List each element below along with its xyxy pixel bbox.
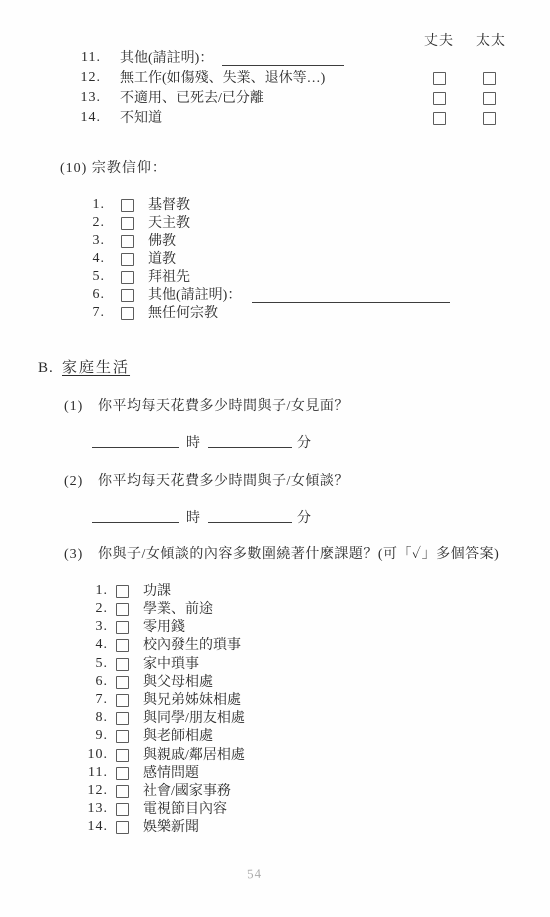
checkbox[interactable]: [116, 785, 129, 798]
item-number: 11.: [60, 765, 108, 781]
item-label: 天主教: [148, 215, 190, 233]
minutes-blank[interactable]: [208, 507, 292, 523]
checkbox[interactable]: [121, 199, 134, 212]
item-number: 8.: [60, 710, 108, 726]
topic-option-row: 6. 與父母相處: [0, 674, 550, 692]
item-label: 功課: [143, 583, 171, 601]
item-label: 校內發生的瑣事: [143, 637, 241, 655]
checkbox-wife[interactable]: [483, 92, 496, 105]
question-2-number: (2): [64, 473, 83, 491]
question-1-number: (1): [64, 398, 83, 416]
hours-blank[interactable]: [92, 432, 179, 448]
item-label: 社會/國家事務: [143, 783, 231, 801]
item-label: 佛教: [148, 233, 176, 251]
item-label: 與老師相處: [143, 728, 213, 746]
item-label: 感情問題: [143, 765, 199, 783]
work-status-row: 12. 無工作(如傷殘、失業、退休等…): [0, 69, 550, 89]
questionnaire-page: 丈夫 太太 11. 其他(請註明)： 12. 無工作(如傷殘、失業、退休等…) …: [0, 0, 550, 917]
topic-option-row: 14. 娛樂新聞: [0, 819, 550, 837]
checkbox[interactable]: [121, 289, 134, 302]
fill-in-blank[interactable]: [222, 51, 344, 66]
checkbox[interactable]: [121, 307, 134, 320]
topic-option-row: 13. 電視節目內容: [0, 801, 550, 819]
religion-option-row: 3. 佛教: [0, 233, 550, 251]
item-number: 6.: [60, 674, 108, 690]
item-number: 12.: [58, 70, 101, 86]
item-label: 與父母相處: [143, 674, 213, 692]
item-number: 4.: [60, 251, 105, 267]
item-number: 14.: [58, 110, 101, 126]
question-2-text: 你平均每天花費多少時間與子/女傾談？: [98, 473, 349, 491]
topic-option-row: 5. 家中瑣事: [0, 656, 550, 674]
fill-in-blank[interactable]: [252, 288, 450, 303]
item-number: 1.: [60, 583, 108, 599]
topic-option-row: 3. 零用錢: [0, 619, 550, 637]
checkbox[interactable]: [121, 235, 134, 248]
topic-option-row: 4. 校內發生的瑣事: [0, 637, 550, 655]
checkbox[interactable]: [121, 253, 134, 266]
checkbox-husband[interactable]: [433, 112, 446, 125]
checkbox[interactable]: [116, 676, 129, 689]
item-number: 14.: [60, 819, 108, 835]
item-label: 不適用、已死去/已分離: [120, 90, 264, 108]
hour-unit-label: 時: [186, 435, 200, 453]
topic-option-row: 12. 社會/國家事務: [0, 783, 550, 801]
work-status-row: 14. 不知道: [0, 109, 550, 129]
topic-option-row: 8. 與同學/朋友相處: [0, 710, 550, 728]
checkbox-husband[interactable]: [433, 72, 446, 85]
checkbox[interactable]: [116, 603, 129, 616]
item-label: 其他(請註明)：: [120, 50, 213, 68]
item-label: 娛樂新聞: [143, 819, 199, 837]
item-label: 無任何宗教: [148, 305, 218, 323]
checkbox[interactable]: [116, 712, 129, 725]
work-status-row: 11. 其他(請註明)：: [0, 49, 550, 69]
column-header-husband: 丈夫: [424, 30, 454, 50]
section-b-title: 家庭生活: [62, 359, 130, 377]
item-label: 與親戚/鄰居相處: [143, 747, 245, 765]
topic-option-row: 2. 學業、前途: [0, 601, 550, 619]
item-number: 10.: [60, 747, 108, 763]
item-label: 無工作(如傷殘、失業、退休等…): [120, 70, 325, 88]
page-number: 54: [247, 866, 263, 883]
question-3-number: (3): [64, 546, 83, 564]
topic-option-row: 7. 與兄弟姊妹相處: [0, 692, 550, 710]
checkbox[interactable]: [116, 639, 129, 652]
item-label: 零用錢: [143, 619, 185, 637]
item-number: 7.: [60, 692, 108, 708]
item-label: 與兄弟姊妹相處: [143, 692, 241, 710]
item-number: 3.: [60, 233, 105, 249]
item-label: 拜祖先: [148, 269, 190, 287]
topic-option-row: 10. 與親戚/鄰居相處: [0, 747, 550, 765]
item-number: 5.: [60, 656, 108, 672]
checkbox[interactable]: [116, 694, 129, 707]
checkbox[interactable]: [116, 621, 129, 634]
checkbox[interactable]: [116, 585, 129, 598]
minute-unit-label: 分: [297, 435, 311, 453]
hour-unit-label: 時: [186, 510, 200, 528]
checkbox[interactable]: [116, 803, 129, 816]
item-label: 道教: [148, 251, 176, 269]
religion-option-row: 7. 無任何宗教: [0, 305, 550, 323]
topic-option-row: 1. 功課: [0, 583, 550, 601]
section-b-label: B.: [38, 359, 54, 377]
question-10-heading: (10) 宗教信仰：: [60, 160, 167, 178]
question-1-text: 你平均每天花費多少時間與子/女見面？: [98, 398, 349, 416]
item-number: 2.: [60, 601, 108, 617]
item-number: 9.: [60, 728, 108, 744]
religion-option-row: 2. 天主教: [0, 215, 550, 233]
item-number: 13.: [60, 801, 108, 817]
item-number: 13.: [58, 90, 101, 106]
topic-option-row: 9. 與老師相處: [0, 728, 550, 746]
checkbox[interactable]: [121, 217, 134, 230]
checkbox[interactable]: [116, 767, 129, 780]
column-header-wife: 太太: [476, 30, 506, 50]
checkbox[interactable]: [121, 271, 134, 284]
minutes-blank[interactable]: [208, 432, 292, 448]
item-number: 3.: [60, 619, 108, 635]
hours-blank[interactable]: [92, 507, 179, 523]
checkbox-husband[interactable]: [433, 92, 446, 105]
religion-option-row: 5. 拜祖先: [0, 269, 550, 287]
religion-option-row: 4. 道教: [0, 251, 550, 269]
item-number: 11.: [58, 50, 101, 66]
topic-option-row: 11. 感情問題: [0, 765, 550, 783]
item-label: 其他(請註明)：: [148, 287, 241, 305]
item-label: 家中瑣事: [143, 656, 199, 674]
work-status-row: 13. 不適用、已死去/已分離: [0, 89, 550, 109]
item-label: 不知道: [120, 110, 162, 128]
minute-unit-label: 分: [297, 510, 311, 528]
item-number: 4.: [60, 637, 108, 653]
checkbox-wife[interactable]: [483, 112, 496, 125]
question-3-text: 你與子/女傾談的內容多數圍繞著什麼課題？(可「✓」多個答案): [98, 546, 499, 564]
checkbox[interactable]: [116, 730, 129, 743]
item-number: 5.: [60, 269, 105, 285]
item-number: 6.: [60, 287, 105, 303]
item-number: 7.: [60, 305, 105, 321]
item-label: 學業、前途: [143, 601, 213, 619]
checkbox[interactable]: [116, 658, 129, 671]
item-number: 2.: [60, 215, 105, 231]
item-number: 12.: [60, 783, 108, 799]
item-number: 1.: [60, 197, 105, 213]
checkbox-wife[interactable]: [483, 72, 496, 85]
item-label: 電視節目內容: [143, 801, 227, 819]
religion-option-row: 6. 其他(請註明)：: [0, 287, 550, 305]
religion-option-row: 1. 基督教: [0, 197, 550, 215]
checkbox[interactable]: [116, 749, 129, 762]
checkbox[interactable]: [116, 821, 129, 834]
item-label: 基督教: [148, 197, 190, 215]
item-label: 與同學/朋友相處: [143, 710, 245, 728]
